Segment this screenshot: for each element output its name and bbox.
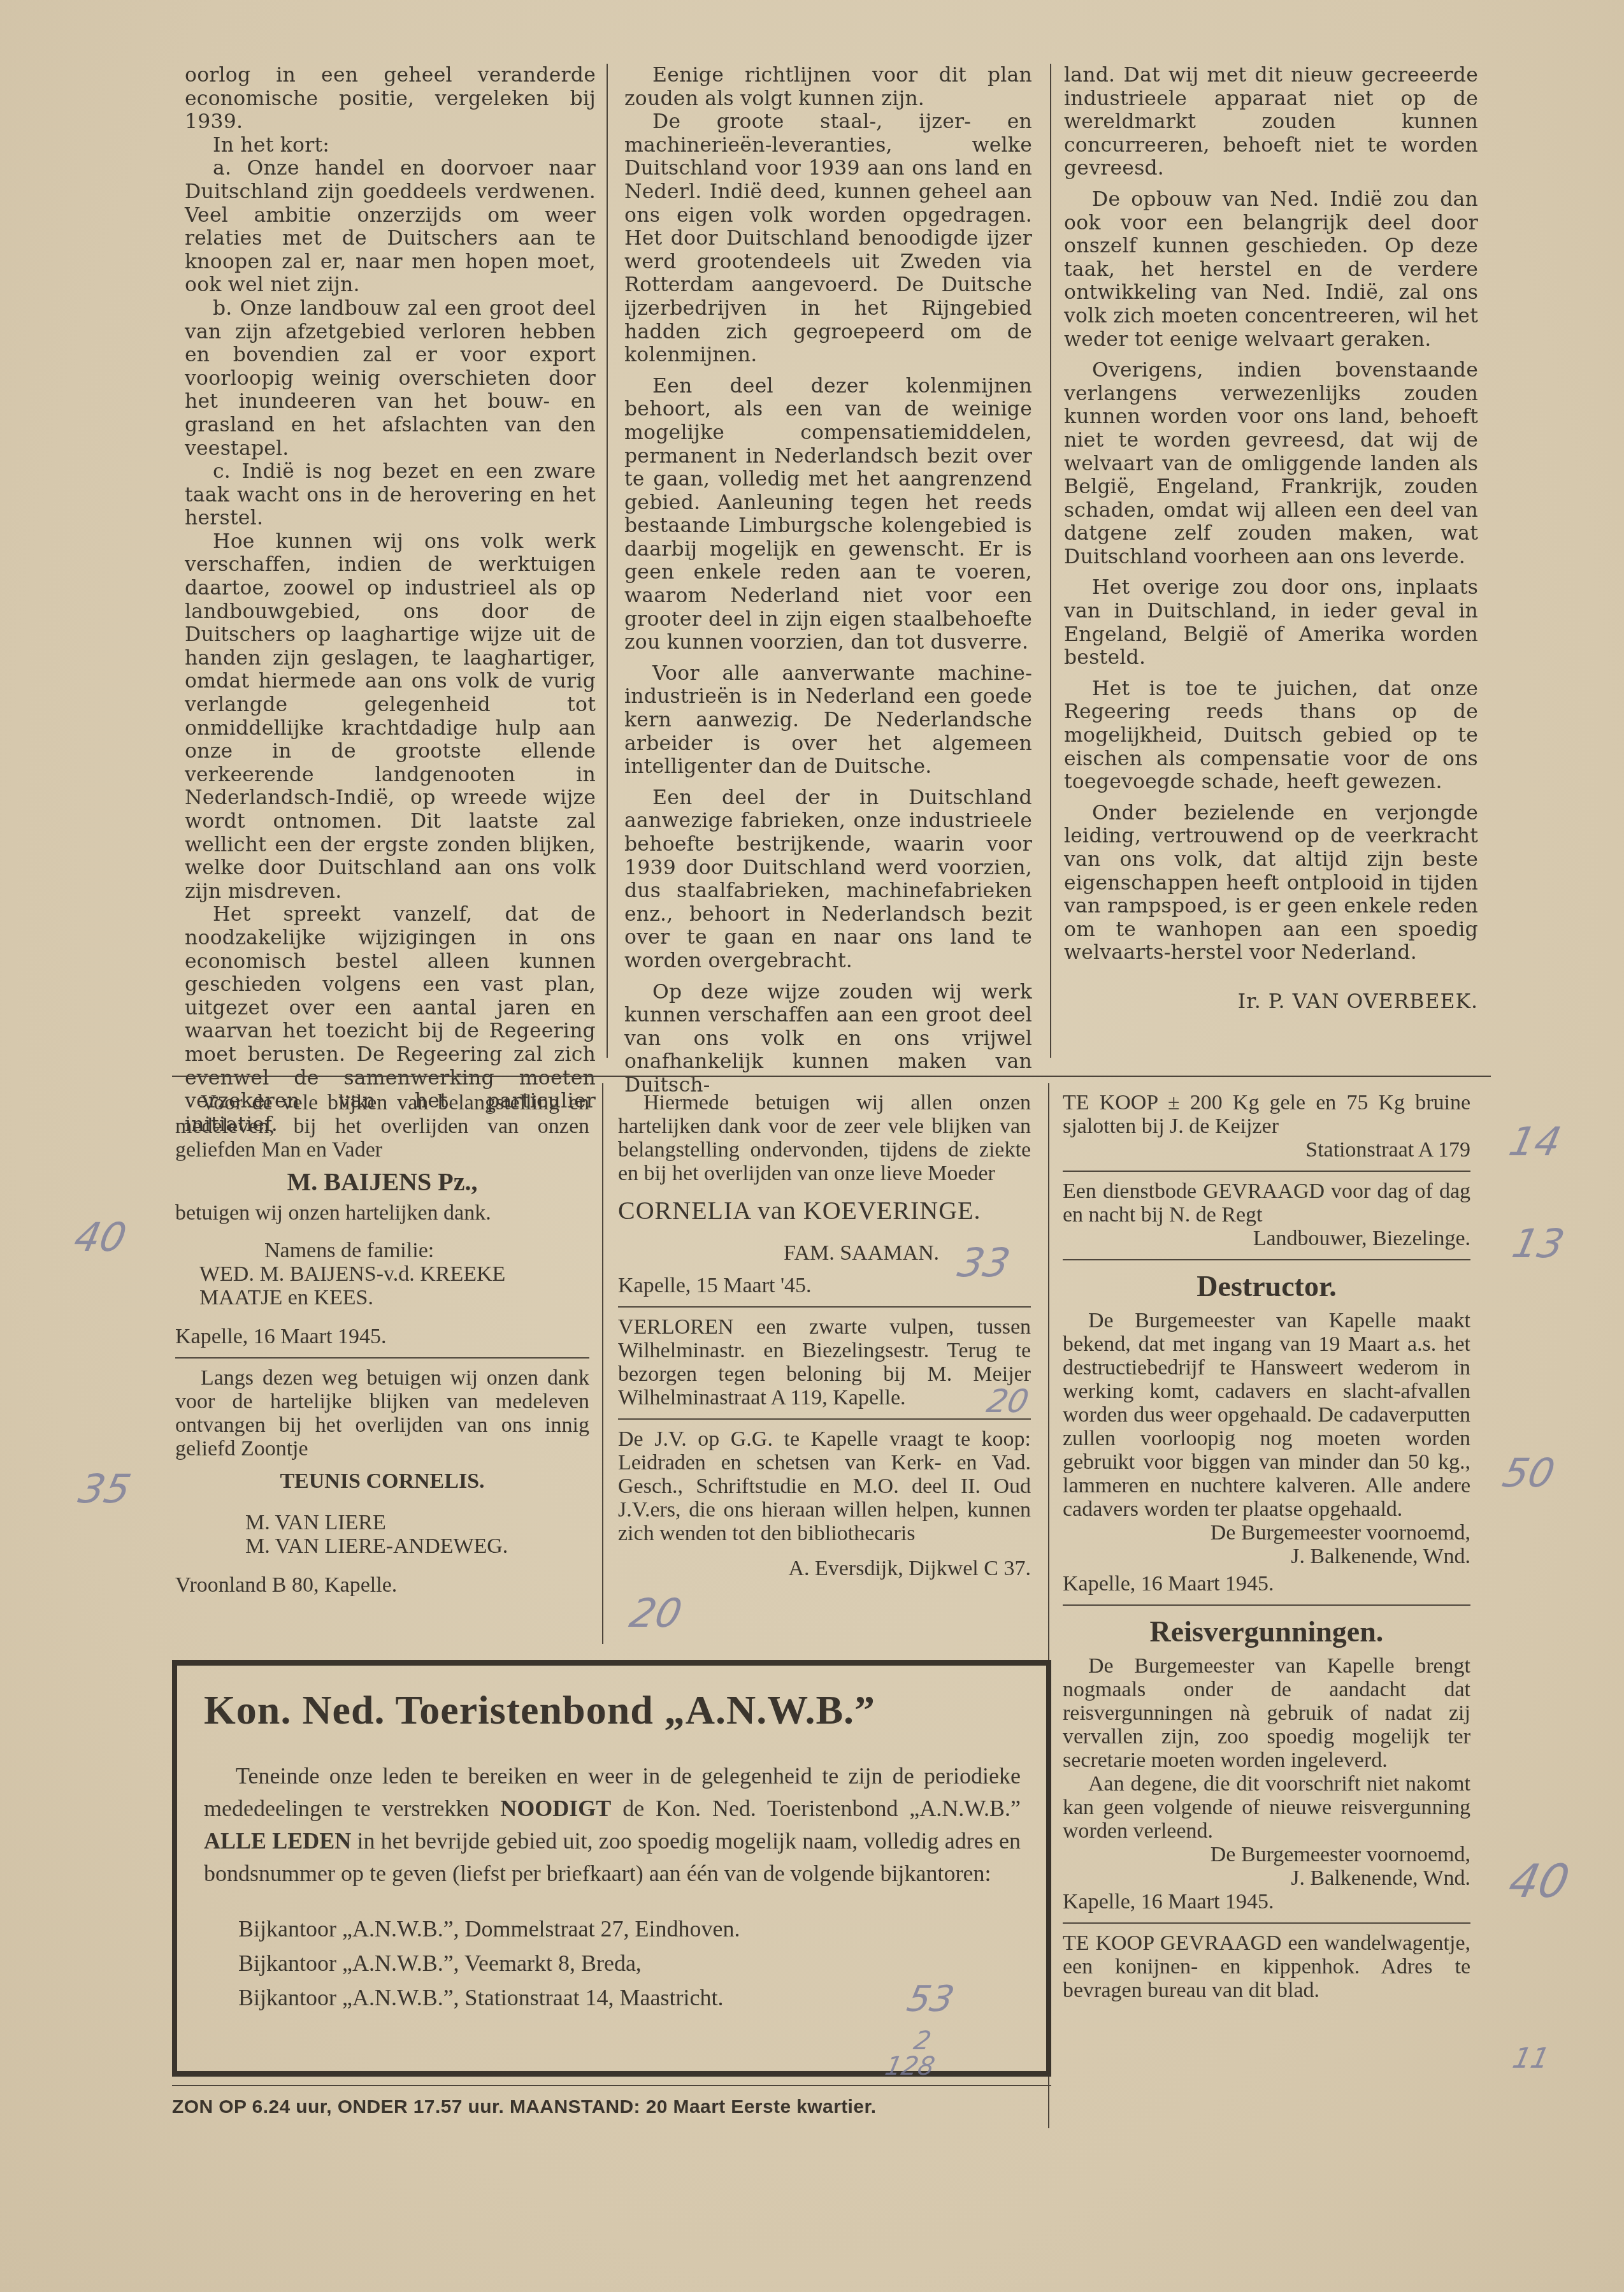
article-paragraph: Eenige richtlijnen voor dit plan zouden … [624,64,1032,110]
article-paragraph: Het is toe te juichen, dat onze Regeerin… [1064,677,1478,794]
place-date: Kapelle, 16 Maart 1945. [1063,1890,1470,1914]
deceased-name: TEUNIS CORNELIS. [175,1469,589,1493]
column-divider [607,64,608,1058]
article-column-3: land. Dat wij met dit nieuw gecreeerde i… [1064,64,1478,1014]
anwb-text: de Kon. Ned. Toeristenbond „A.N.W.B.” [611,1796,1021,1821]
handwritten-note: 14 [1505,1118,1565,1165]
ad-column-3: TE KOOP ± 200 Kg gele en 75 Kg bruine sj… [1063,1091,1470,2002]
anwb-branch: Bijkantoor „A.N.W.B.”, Veemarkt 8, Breda… [238,1946,1021,1980]
column-divider [602,1083,603,1644]
deceased-name: CORNELIA van KOEVERINGE. [618,1195,1031,1226]
handwritten-note: 20 [984,1383,1032,1420]
signer-name: M. VAN LIERE [175,1511,589,1534]
article-paragraph: b. Onze landbouw zal een groot deel van … [185,297,596,460]
notice-body: De Burgemeester van Kapelle brengt nogma… [1063,1654,1470,1772]
anwb-branch: Bijkantoor „A.N.W.B.”, Stationstraat 14,… [238,1980,1021,2015]
address: Vroonland B 80, Kapelle. [175,1573,589,1597]
ad-lead: VERLOREN [618,1315,733,1339]
article-paragraph: De groote staal-, ijzer- en machinerieën… [624,110,1032,367]
article-paragraph: Op deze wijze zouden wij werk kunnen ver… [624,981,1032,1097]
article-paragraph: De opbouw van Ned. Indië zou dan ook voo… [1064,188,1478,351]
ad-text: Hiermede betuigen wij allen onzen hartel… [618,1091,1031,1185]
signer-name: M. VAN LIERE-ANDEWEG. [175,1534,589,1558]
ad-text: Voor de vele blijken van belangstelling … [175,1091,589,1162]
signer-name: A. Eversdijk, Dijkwel C 37. [618,1557,1031,1580]
article-paragraph: land. Dat wij met dit nieuw gecreeerde i… [1064,64,1478,180]
ad-verloren: VERLOREN een zwarte vulpen, tussen Wilhe… [618,1315,1031,1409]
notice-signer: De Burgemeester voornoemd, [1063,1843,1470,1866]
notice-title: Reisvergunningen. [1063,1613,1470,1650]
section-divider [172,1076,1491,1077]
article-paragraph: Een deel der in Duitschland aanwezige fa… [624,786,1032,973]
article-paragraph: Overigens, indien bovenstaande verlangen… [1064,359,1478,568]
article-paragraph: a. Onze handel en doorvoer naar Duitschl… [185,157,596,297]
handwritten-note: 13 [1508,1220,1568,1267]
ad-text: Namens de familie: [175,1239,589,1262]
notice-body: De Burgemeester van Kapelle maakt bekend… [1063,1309,1470,1521]
ad-koeveringe: Hiermede betuigen wij allen onzen hartel… [618,1091,1031,1580]
ad-divider [1063,1259,1470,1260]
anwb-title: Kon. Ned. Toeristenbond „A.N.W.B.” [204,1685,1021,1736]
anwb-branch: Bijkantoor „A.N.W.B.”, Dommelstraat 27, … [238,1912,1021,1946]
article-paragraph: c. Indië is nog bezet en een zware taak … [185,460,596,530]
handwritten-note: 53 [903,1978,958,2020]
family-name: MAATJE en KEES. [175,1286,589,1309]
handwritten-note: 40 [70,1214,130,1260]
article-paragraph: In het kort: [185,134,596,157]
address: Stationstraat A 179 [1063,1138,1470,1162]
ad-wandelwagentje: TE KOOP GEVRAAGD een wandelwagentje, een… [1063,1931,1470,2002]
anwb-emphasis: ALLE LEDEN [204,1828,351,1854]
anwb-emphasis: NOODIGT [500,1796,611,1821]
handwritten-note: 50 [1498,1450,1558,1496]
handwritten-note: 35 [75,1466,134,1512]
notice-signer: J. Balkenende, Wnd. [1063,1545,1470,1568]
notice-body: Aan degene, die dit voorschrift niet nak… [1063,1772,1470,1843]
ad-text: betuigen wij onzen hartelijken dank. [175,1201,589,1225]
ad-text: Langs dezen weg betuigen wij onzen dank … [175,1366,589,1460]
place-date: Kapelle, 16 Maart 1945. [175,1325,589,1348]
family-name: WED. M. BAIJENS-v.d. KREEKE [175,1262,589,1286]
ad-jv: De J.V. op G.G. te Kapelle vraagt te koo… [618,1427,1031,1545]
article-paragraph: Voor alle aanverwante machine-industrieë… [624,662,1032,779]
ad-dienstbode: Een dienstbode GEVRAAGD voor dag of dag … [1063,1179,1470,1227]
handwritten-note: 11 [1510,2042,1553,2075]
column-divider [1050,64,1051,1058]
anwb-branch-list: Bijkantoor „A.N.W.B.”, Dommelstraat 27, … [204,1912,1021,2015]
article-paragraph: Onder bezielende en verjongde leiding, v… [1064,802,1478,965]
article-author: Ir. P. VAN OVERBEEK. [1064,990,1478,1014]
ad-sjalotten: TE KOOP ± 200 Kg gele en 75 Kg bruine sj… [1063,1091,1470,1138]
ad-divider [1063,1922,1470,1924]
handwritten-note: 20 [626,1590,686,1636]
address: Landbouwer, Biezelinge. [1063,1227,1470,1250]
anwb-body: Teneinde onze leden te bereiken en weer … [204,1760,1021,1890]
handwritten-note: 40 [1504,1854,1574,1908]
notice-title: Destructor. [1063,1268,1470,1305]
notice-signer: De Burgemeester voornoemd, [1063,1521,1470,1545]
notice-signer: J. Balkenende, Wnd. [1063,1866,1470,1890]
ad-divider [618,1306,1031,1308]
place-date: Kapelle, 16 Maart 1945. [1063,1572,1470,1596]
article-paragraph: Hoe kunnen wij ons volk werk verschaffen… [185,530,596,904]
deceased-name: M. BAIJENS Pz., [175,1167,589,1197]
sun-moon-info: ZON OP 6.24 uur, ONDER 17.57 uur. MAANST… [172,2096,1051,2118]
ad-divider [175,1357,589,1359]
ad-divider [618,1418,1031,1420]
ad-divider [1063,1171,1470,1172]
article-column-1: oorlog in een geheel veranderde economis… [185,64,596,1136]
handwritten-note: 33 [954,1239,1014,1286]
ad-divider [1063,1604,1470,1606]
article-paragraph: Een deel dezer kolenmijnen behoort, als … [624,375,1032,654]
section-divider [172,2085,1051,2086]
handwritten-note: 128 [882,2052,937,2081]
ad-baijens: Voor de vele blijken van belangstelling … [175,1091,589,1597]
article-paragraph: Het overige zou door ons, inplaats van i… [1064,576,1478,669]
article-column-2: Eenige richtlijnen voor dit plan zouden … [624,64,1032,1097]
article-paragraph: oorlog in een geheel veranderde economis… [185,64,596,134]
